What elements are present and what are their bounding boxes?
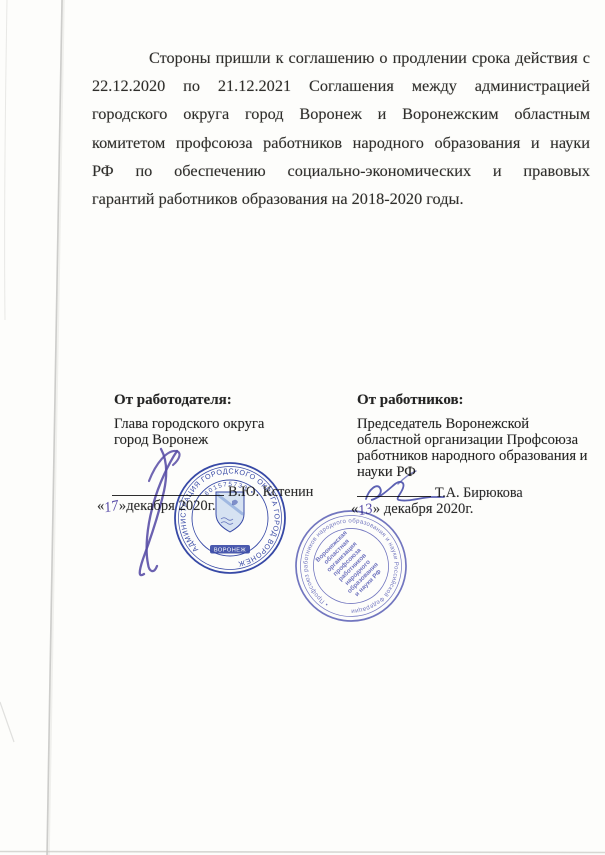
workers-signature-block: От работников: Председатель Воронежской … (357, 392, 599, 480)
workers-heading: От работников: (357, 392, 599, 408)
svg-text:образования: образования (345, 560, 380, 595)
svg-text:организация: организация (326, 540, 359, 573)
paragraph-line: Стороны пришли к соглашению о продлении … (92, 44, 590, 72)
union-stamp-center-text: Воронежская областная организация профсо… (314, 529, 385, 600)
paragraph-line: РФ по обеспечению социально-экономически… (92, 157, 590, 185)
employer-date-text: »декабря 2020г. (119, 498, 216, 514)
paragraph-line: 22.12.2020 по 21.12.2021 Соглашения межд… (92, 72, 590, 100)
scanned-document-page: Стороны пришли к соглашению о продлении … (0, 0, 605, 855)
paragraph-line: гарантий работников образования на 2018-… (92, 185, 590, 213)
fold-line (47, 0, 62, 855)
employer-date-line: «17»декабря 2020г. (97, 498, 216, 515)
svg-text:профсоюза: профсоюза (332, 547, 363, 578)
employer-heading: От работодателя: (114, 392, 349, 408)
workers-signature-line: Т.А. Бирюкова (357, 485, 523, 502)
employer-signer-name: В.Ю. Кстенин (228, 484, 313, 500)
agreement-paragraph: Стороны пришли к соглашению о продлении … (92, 44, 590, 213)
union-stamp-ring-text: • Профсоюз работников народного образова… (292, 507, 410, 625)
workers-title-line: работников народного образования и (357, 448, 599, 464)
left-edge-crease (5, 0, 7, 320)
bottom-scan-edge (0, 852, 605, 853)
svg-text:Воронежская: Воронежская (314, 529, 349, 564)
stamp-banner: ВОРОНЕЖ (210, 545, 250, 554)
svg-text:работников: работников (336, 551, 368, 583)
employer-handwritten-day: 17 (103, 498, 121, 518)
workers-date-text: » декабря 2020г. (373, 501, 473, 517)
svg-text:народного: народного (344, 559, 372, 587)
workers-signature-rule (357, 485, 431, 497)
workers-title-line: науки РФ (357, 464, 599, 480)
paragraph-line: городского округа город Воронеж и Вороне… (92, 100, 590, 128)
workers-title-line: Председатель Воронежской (357, 416, 599, 432)
stamp-rings (292, 507, 410, 625)
employer-title-line: Глава городского округа (114, 416, 349, 432)
union-stamp: • Профсоюз работников народного образова… (292, 507, 410, 625)
employer-title-line: город Воронеж (114, 432, 349, 448)
workers-signer-name: Т.А. Бирюкова (435, 485, 523, 501)
admin-stamp-bottom-decor: • • • (225, 546, 235, 552)
stamp-rings (175, 463, 285, 573)
administration-stamp: АДМИНИСТРАЦИЯ ГОРОДСКОГО ОКРУГА ГОРОД ВО… (171, 459, 289, 577)
stamp-banner-text: ВОРОНЕЖ (214, 548, 247, 554)
admin-stamp-ring-text: АДМИНИСТРАЦИЯ ГОРОДСКОГО ОКРУГА ГОРОД ВО… (178, 466, 281, 568)
employer-signature-block: От работодателя: Глава городского округа… (114, 392, 349, 448)
corner-crease (0, 702, 14, 742)
workers-title-line: областной организации Профсоюза (357, 432, 599, 448)
svg-text:и науки РФ: и науки РФ (354, 568, 384, 598)
workers-date-line: «13» декабря 2020г. (351, 501, 473, 518)
employer-signature-rule (112, 484, 224, 496)
paragraph-line: комитетом профсоюза работников народного… (92, 129, 590, 157)
fold-line-shadow (49, 0, 64, 855)
svg-text:областная: областная (322, 537, 351, 566)
